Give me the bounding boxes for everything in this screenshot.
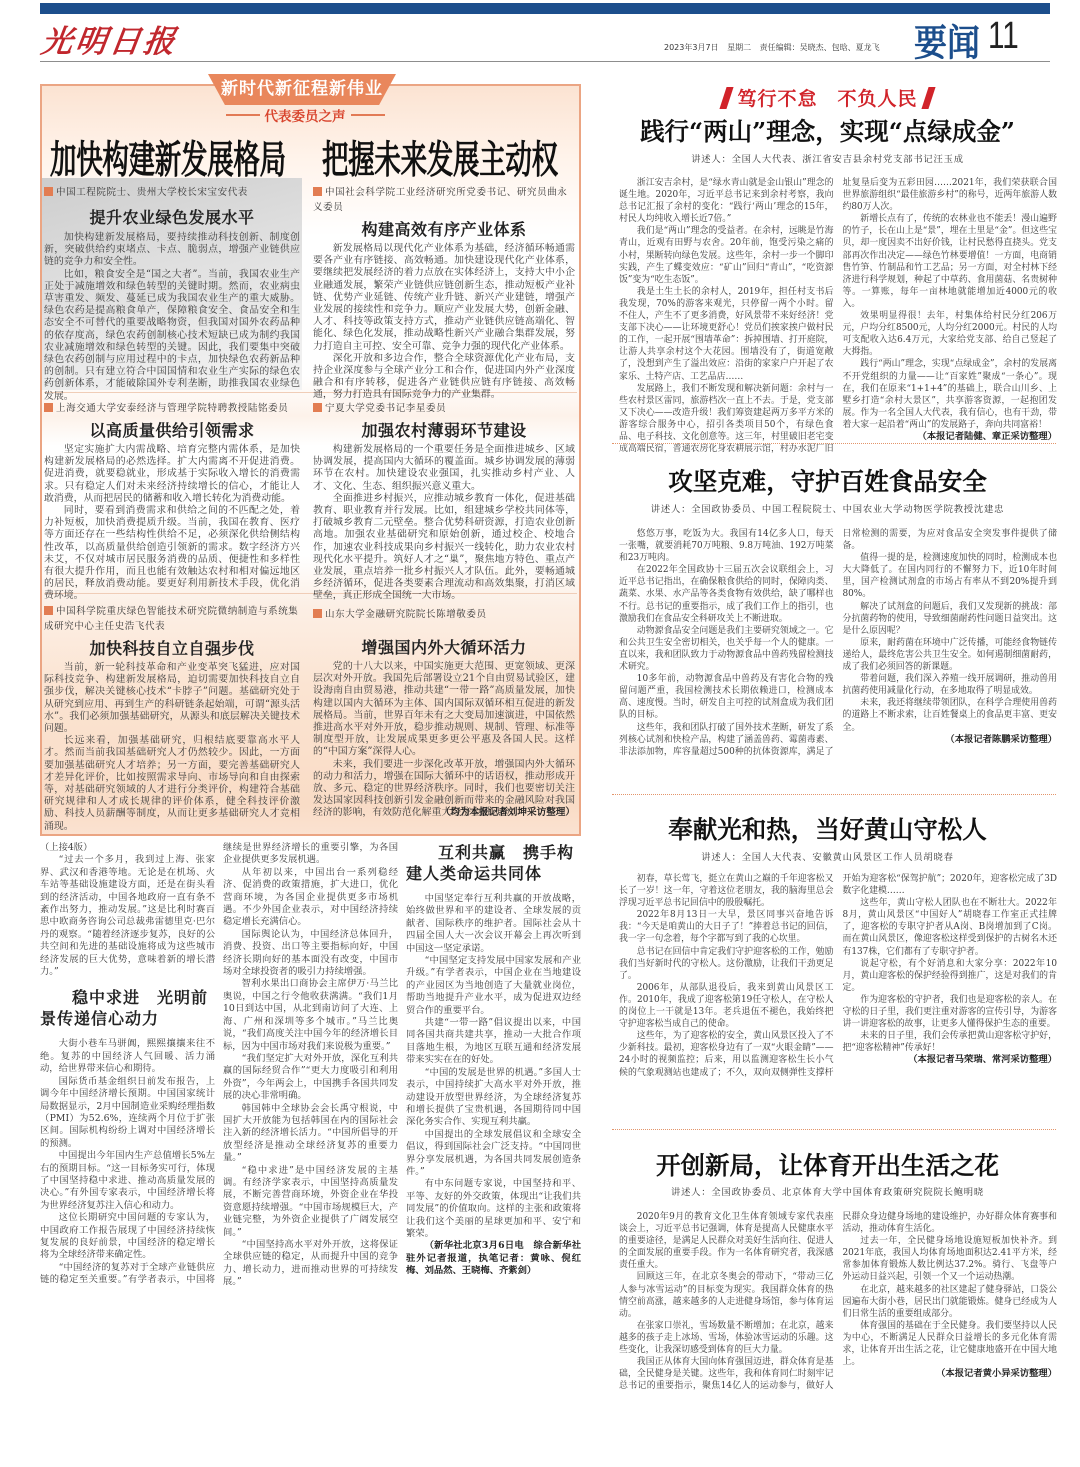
paragraph: “中国的发展是世界的机遇。”多国人士表示，中国持续扩大高水平对外开放，推动建设开… (406, 1067, 581, 1129)
article-body: 新发展格局以现代化产业体系为基础，经济循环畅通需要各产业有序链接、高效畅通。加快… (313, 243, 575, 402)
news-agency-credit: （新华社北京3月6日电 综合新华社驻外记者报道，执笔记者：黄咏、倪红梅、刘品然、… (406, 1240, 581, 1277)
story-body: 2020年9月的教育文化卫生体育领域专家代表座谈会上，习近平总书记强调，体育是提… (619, 1211, 1057, 1392)
paragraph: “我们坚定扩大对外开放，深化互利共赢的国际经贸合作”“更大力度吸引和利用外资”，… (223, 1053, 398, 1103)
reporter-credit: （本报记者陈鹏采访整理） (843, 734, 1058, 746)
paragraph: 党的十八大以来，中国实施更大范围、更宽领域、更深层次对外开放。我国先后部署设立2… (313, 661, 575, 759)
square-marker-icon (44, 403, 53, 412)
paragraph: 2020年9月的教育文化卫生体育领域专家代表座谈会上，习近平总书记强调，体育是提… (619, 1211, 834, 1271)
article-title: 提升农业绿色发展水平 (44, 207, 300, 229)
paragraph: 解决了试剂盒的问题后，我们又发现新的挑战：部分抗菌药物的使用，导致细菌耐药性问题… (843, 601, 1058, 637)
feature-article: 上海交通大学安泰经济与管理学院特聘教授陆铭委员 以高质量供给引领需求 坚定实施扩… (44, 401, 300, 603)
newspaper-logo: 光明日报 (39, 16, 181, 61)
paragraph: 动物源食品安全问题是我们主要研究领域之一。它和公共卫生安全密切相关，也关乎每一个… (619, 625, 834, 673)
story-body: 悠悠万事，吃饭为大。我国有14亿多人口，每天一张嘴，就要消耗70万吨粮、9.8万… (619, 528, 1057, 758)
article-title: 增强国内外大循环活力 (313, 637, 575, 659)
byline-text: 上海交通大学安泰经济与管理学院特聘教授陆铭委员 (56, 403, 288, 414)
subbanner-text: 代表委员之声 (265, 105, 346, 125)
dateline: 2023年3月7日 星期二 责任编辑：吴晓杰、包晗、夏龙飞 (664, 42, 886, 53)
paragraph: 智利水果出口商协会主席伊万·马兰比奥说，中国之行令他收获满满。“我们1月10日到… (223, 978, 398, 1052)
jump-note: （上接4版） (40, 842, 215, 854)
dotted-divider (612, 794, 1056, 795)
story-body: 浙江安吉余村，是“绿水青山就是金山银山”理念的诞生地。2020年，习近平总书记来… (619, 177, 1057, 455)
paragraph: 这位长期研究中国问题的专家认为，中国政府工作报告展现了中国经济持续恢复发展的良好… (40, 1212, 215, 1262)
paragraph: 原来，耐药菌在环境中广泛传播，可能经食物链传递给人，最终危害公共卫生安全。如何遏… (843, 637, 1058, 673)
article-byline: 中国社会科学院工业经济研究所党委书记、研究员曲永义委员 (313, 185, 575, 215)
paragraph: 悠悠万事，吃饭为大。我国有14亿多人口，每天一张嘴，就要消耗70万吨粮、9.8万… (619, 528, 834, 564)
paragraph: 大街小巷车马骈阗，熙熙攘攘来往不绝。复苏的中国经济人气回暖、活力涌动，给世界带来… (40, 1038, 215, 1075)
issue-date: 2023年3月7日 (664, 43, 719, 52)
byline-text: 山东大学金融研究院院长陈增敬委员 (325, 609, 487, 620)
story-narrator: 讲述人：全国政协委员、北京体育大学中国体育政策研究院院长鲍明晓 (600, 1187, 1055, 1199)
article-byline: 上海交通大学安泰经济与管理学院特聘教授陆铭委员 (44, 401, 300, 416)
feature-article: 宁夏大学党委书记李星委员 加强农村薄弱环节建设 构建新发展格局的一个重要任务是全… (313, 401, 575, 603)
article-body: 坚定实施扩大内需战略、培育完整内需体系，是加快构建新发展格局的必然选择。扩大内需… (44, 444, 300, 603)
story-headline: 奉献光和热，当好黄山守松人 (600, 815, 1055, 845)
article-title: 加快科技自立自强步伐 (44, 638, 300, 660)
article-byline: 中国工程院院士、贵州大学校长宋宝安代表 (44, 185, 300, 200)
feature-article: 中国工程院院士、贵州大学校长宋宝安代表 提升农业绿色发展水平 加快构建新发展格局… (44, 185, 300, 403)
article-title: 加强农村薄弱环节建设 (313, 420, 575, 442)
reporter-credit: （本报记者马荣瑞、常河采访整理） (843, 1054, 1058, 1066)
paragraph: 这些年，黄山守松人团队也在不断壮大。2022年8月，黄山风景区“中国好人”胡晓春… (843, 897, 1058, 957)
paragraph: 浙江安吉余村，是“绿水青山就是金山银山”理念的诞生地。2020年，习近平总书记来… (619, 177, 834, 225)
masthead-top-bar (40, 3, 1050, 14)
paragraph: 中国提出的全球发展倡议和全球安全倡议，得到国际社会广泛支持。“中国同世界分享发展… (406, 1129, 581, 1179)
paragraph: 效果明显得很！去年，村集体给村民分红206万元，户均分红8500元，人均分红20… (843, 310, 1058, 358)
series-banner: 笃行不怠 不负人民 (600, 84, 1055, 111)
article-body: 党的十八大以来，中国实施更大范围、更宽领域、更深层次对外开放。我国先后部署设立2… (313, 661, 575, 820)
paragraph: 带着问题，我们深入养殖一线开展调研，推动兽用抗菌药使用减量化行动，在多地取得了明… (843, 673, 1058, 697)
byline-text: 中国社会科学院工业经济研究所党委书记、研究员曲永义委员 (313, 187, 567, 213)
paragraph: 我是土生土长的余村人，2019年，担任村支书后我发现，70%的游客来观光，只停留… (619, 286, 834, 383)
byline-text: 中国工程院院士、贵州大学校长宋宝安代表 (56, 187, 248, 198)
article-body: 当前，新一轮科技革命和产业变革突飞猛进，应对国际科技竞争、构建新发展格局，迫切需… (44, 662, 300, 833)
feature-article: 中国社会科学院工业经济研究所党委书记、研究员曲永义委员 构建高效有序产业体系 新… (313, 185, 575, 402)
dotted-divider (612, 1129, 1056, 1130)
square-marker-icon (44, 187, 53, 196)
paragraph: 在2022年全国政协十三届五次会议联组会上，习近平总书记指出，在确保粮食供给的同… (619, 564, 834, 624)
paragraph: 说起守松，有个好消息和大家分享：2022年10月，黄山迎客松的保护经验得到推广，… (843, 958, 1058, 994)
responsible-editors: 责任编辑：吴晓杰、包晗、夏龙飞 (760, 43, 880, 52)
continued-news-article: （上接4版） “过去一个多月，我到过上海、张家界、武汉和香港等地。无论是在机场、… (40, 842, 581, 1289)
square-marker-icon (313, 403, 322, 412)
article-byline: 宁夏大学党委书记李星委员 (313, 401, 575, 416)
decorative-line (226, 114, 260, 116)
paragraph: 国际货币基金组织日前发布报告，上调今年中国经济增长预期。中国国家统计局数据显示，… (40, 1076, 215, 1150)
slash-decoration-icon (921, 87, 935, 109)
paragraph: “过去一个多月，我到过上海、张家界、武汉和香港等地。无论是在机场、火车站等基础设… (40, 854, 215, 978)
paragraph: “中国坚持高水平对外开放，这将保证全球供应链的稳定，从而提升中国的竞争力、增长动… (223, 1239, 398, 1289)
page-number: 11 (988, 15, 1019, 58)
byline-text: 中国科学院重庆绿色智能技术研究院微纳制造与系统集成研究中心主任史浩飞代表 (44, 606, 298, 632)
feature-banner: 新时代新征程新伟业 (208, 74, 396, 105)
feature-article: 山东大学金融研究院院长陈增敬委员 增强国内外大循环活力 党的十八大以来，中国实施… (313, 607, 575, 820)
paragraph: “中国坚定支持发展中国家发展和产业升级。”有学者表示，中国企业在当地建设的产业园… (406, 955, 581, 1017)
article-body: 构建新发展格局的一个重要任务是全面推进城乡、区域协调发展，提高国内大循环的覆盖面… (313, 444, 575, 603)
series-banner-text: 笃行不怠 不负人民 (737, 84, 917, 111)
paragraph: 中国提出今年国内生产总值增长5%左右的预期目标。“这一目标务实可行，体现了中国坚… (40, 1150, 215, 1212)
issue-weekday: 星期二 (727, 43, 751, 52)
paragraph: 中国坚定奉行互利共赢的开放战略，始终做世界和平的建设者、全球发展的贡献者、国际秩… (406, 893, 581, 955)
reporter-credit: （本报记者黄小异采访整理） (843, 1368, 1058, 1380)
story-narrator: 讲述人：全国人大代表、浙江省安吉县余村党支部书记汪玉成 (600, 154, 1055, 166)
paragraph: 在张家口崇礼，雪场数量不断增加；在北京，越来越多的孩子走上冰场、雪场，体验冰雪运… (619, 1320, 834, 1356)
article-title: 以高质量供给引领需求 (44, 420, 300, 442)
story-headline: 践行“两山”理念，实现“点绿成金” (600, 117, 1055, 147)
paragraph: 践行“两山”理念，实现“点绿成金”，余村的发展离不开党组织的力量——让“百家姓”… (843, 358, 1058, 431)
story-headline: 开创新局，让体育开出生活之花 (600, 1151, 1055, 1181)
paragraph: 过去一年，全民健身场地设施短板加快补齐。到2021年底，我国人均体育场地面积达2… (843, 1235, 1058, 1283)
reporter-credit: （本报记者陆健、章正采访整理） (843, 431, 1058, 443)
paragraph: 2006年，从部队退役后，我来到黄山风景区工作。2010年，我成了迎客松第19任… (619, 982, 834, 1030)
paragraph: “稳中求进”是中国经济发展的主基调。有经济学家表示，中国坚持高质量发展，不断完善… (223, 1165, 398, 1239)
paragraph: 韩国韩中全球协会会长禹守根说，中国扩大开放能为包括韩国在内的国际社会注入新的经济… (223, 1103, 398, 1165)
paragraph: 我们是“两山”理念的受益者。在余村，远眺是竹海青山，近观有田野与农舍。20年前，… (619, 225, 834, 285)
article-title: 构建高效有序产业体系 (313, 219, 575, 241)
feature-headline-right: 把握未来发展主动权 (322, 128, 558, 185)
paragraph: 全面推进乡村振兴，应推动城乡教育一体化，促进基础教育、职业教育并行发展。比如，组… (313, 493, 575, 603)
paragraph: 10多年前，动物源食品中兽药及有害化合物的残留问题严重，我国检测技术长期依赖进口… (619, 673, 834, 721)
paragraph: 未来，我还将继续带领团队，在科学合理使用兽药的道路上不断求索，让百姓餐桌上的食品… (843, 697, 1058, 733)
paragraph: 深化开放和多边合作，整合全球资源优化产业布局，支持企业深度参与全球产业分工和合作… (313, 353, 575, 402)
paragraph: 国际舆论认为，中国经济总体回升，消费、投资、出口等主要指标向好，中国经济长期向好… (223, 929, 398, 979)
subheading: 互利共赢 携手构建人类命运共同体 (406, 842, 581, 884)
story-body: 初春，草长莺飞，挺立在黄山之巅的千年迎客松又长了一岁！这一年，守着这位老朋友，我… (619, 873, 1057, 1079)
decorative-line (351, 114, 385, 116)
paragraph: 有中东问题专家说，中国坚持和平、平等、友好的外交政策，体现出“让我们共同发展”的… (406, 1178, 581, 1240)
paragraph: 值得一提的是，检测速度加快的同时，检测成本也大大降低了。在国内同行的不懈努力下，… (843, 552, 1058, 600)
byline-text: 宁夏大学党委书记李星委员 (325, 403, 446, 414)
subheading: 稳中求进 光明前景传递信心动力 (40, 987, 215, 1029)
dotted-divider (612, 443, 1056, 444)
paragraph: 坚定实施扩大内需战略、培育完整内需体系，是加快构建新发展格局的必然选择。扩大内需… (44, 444, 300, 505)
article-body: 加快构建新发展格局，要持续推动科技创新、制度创新，突破供给约束堵点、卡点、脆弱点… (44, 232, 300, 403)
square-marker-icon (44, 606, 53, 615)
paragraph: 当前，新一轮科技革命和产业变革突飞猛进，应对国际科技竞争、构建新发展格局，迫切需… (44, 662, 300, 735)
paragraph: 总书记在回信中肯定我们守护迎客松的工作，勉励我们当好新时代的守松人。这份激励，让… (619, 946, 834, 982)
paragraph: 新增长点有了，传统的农林业也不能丢！漫山遍野的竹子，长在山上是“景”，埋在土里是… (843, 213, 1058, 310)
story-narrator: 讲述人：全国人大代表、安徽黄山风景区工作人员胡晓春 (600, 852, 1055, 864)
paragraph: 初春，草长莺飞，挺立在黄山之巅的千年迎客松又长了一岁！这一年，守着这位老朋友，我… (619, 873, 834, 909)
masthead-divider (40, 61, 1050, 62)
paragraph: 长远来看，加强基础研究，归根结底要靠高水平人才。然而当前我国基础研究人才仍然较少… (44, 735, 300, 833)
paragraph: 从年初以来，中国出台一系列稳经济、促消费的政策措施，扩大进口，优化营商环境，为各… (223, 867, 398, 929)
paragraph: 同时，要看到消费需求和供给之间的不匹配之处，着力补短板，加快消费提质升级。当前，… (44, 505, 300, 603)
paragraph: 比如，粮食安全是“国之大者”。当前，我国农业生产正处于减施增效和绿色转型的关键时… (44, 269, 300, 403)
slash-decoration-icon (720, 87, 734, 109)
square-marker-icon (313, 187, 322, 196)
paragraph: 在北京，越来越多的社区建起了健身驿站，口袋公园遍布大街小巷，居民出门就能锻炼。健… (843, 1284, 1058, 1320)
paragraph: 共建“一带一路”倡议提出以来，中国同各国共商共建共享，推动一大批合作项目落地生根… (406, 1017, 581, 1067)
paragraph: 加快构建新发展格局，要持续推动科技创新、制度创新，突破供给约束堵点、卡点、脆弱点… (44, 232, 300, 269)
feature-subbanner: 代表委员之声 (220, 104, 390, 124)
paragraph: 未来的日子里，我们会传承把黄山迎客松守护好，把“迎客松精神”传承好！ (843, 1030, 1058, 1054)
paragraph: 2022年8月13日一大早，景区同事兴奋地告诉我：“今天是咱黄山的大日子了！”捧… (619, 909, 834, 945)
paragraph: 回顾这三年，在北京冬奥会的带动下，“带动三亿人参与冰雪运动”的目标变为现实。我国… (619, 1271, 834, 1319)
paragraph: 体育强国的基础在于全民健身。我们要坚持以人民为中心，不断满足人民群众日益增长的多… (843, 1320, 1058, 1368)
feature-article: 中国科学院重庆绿色智能技术研究院微纳制造与系统集成研究中心主任史浩飞代表 加快科… (44, 604, 300, 833)
story-narrator: 讲述人：全国政协委员、中国工程院院士、中国农业大学动物医学院教授沈建忠 (600, 504, 1055, 516)
section-title: 要闻 (914, 14, 980, 67)
paragraph: 新发展格局以现代化产业体系为基础，经济循环畅通需要各产业有序链接、高效畅通。加快… (313, 243, 575, 353)
feature-headline-left: 加快构建新发展格局 (50, 128, 286, 185)
article-byline: 山东大学金融研究院院长陈增敬委员 (313, 607, 575, 622)
paragraph: 作为迎客松的守护者，我们也是迎客松的亲人。在守松的日子里，我们更注重对游客的宣传… (843, 994, 1058, 1030)
article-byline: 中国科学院重庆绿色智能技术研究院微纳制造与系统集成研究中心主任史浩飞代表 (44, 604, 300, 634)
story-headline: 攻坚克难，守护百姓食品安全 (600, 467, 1055, 497)
paragraph: 构建新发展格局的一个重要任务是全面推进城乡、区域协调发展，提高国内大循环的覆盖面… (313, 444, 575, 493)
square-marker-icon (313, 609, 322, 618)
